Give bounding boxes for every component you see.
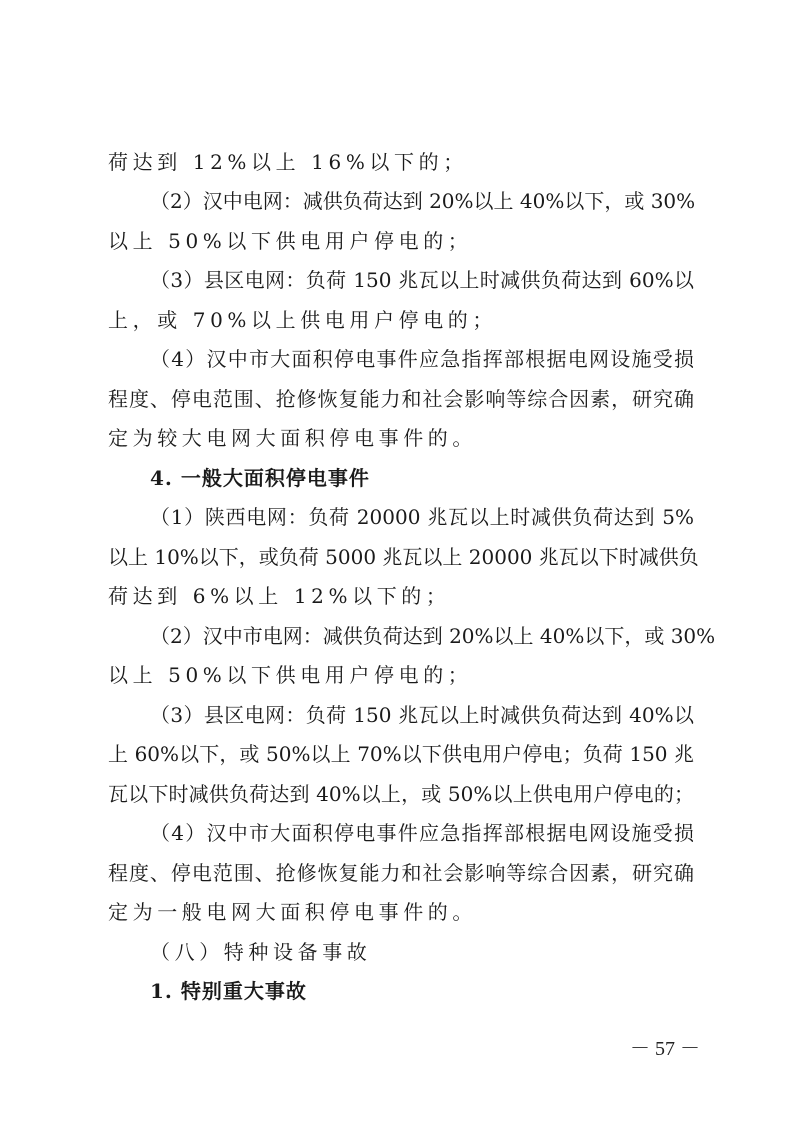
text-line: 上 60%以下，或 50%以上 70%以下供电用户停电；负荷 150 兆 — [108, 739, 694, 769]
text-line: （2）汉中电网：减供负荷达到 20%以上 40%以下，或 30% — [150, 186, 694, 216]
text-line: （2）汉中市电网：减供负荷达到 20%以上 40%以下，或 30% — [150, 621, 694, 651]
section-heading: 1. 特别重大事故 — [150, 976, 694, 1006]
text-line: 定为较大电网大面积停电事件的。 — [108, 423, 694, 453]
text-line: （4）汉中市大面积停电事件应急指挥部根据电网设施受损 — [150, 344, 694, 374]
text-line: （3）县区电网：负荷 150 兆瓦以上时减供负荷达到 40%以 — [150, 700, 694, 730]
text-line: 荷达到 6%以上 12%以下的； — [108, 581, 694, 611]
text-line: （3）县区电网：负荷 150 兆瓦以上时减供负荷达到 60%以 — [150, 265, 694, 295]
document-page: 荷达到 12%以上 16%以下的；（2）汉中电网：减供负荷达到 20%以上 40… — [0, 0, 793, 1122]
text-line: 定为一般电网大面积停电事件的。 — [108, 897, 694, 927]
text-line: 上，或 70%以上供电用户停电的； — [108, 305, 694, 335]
text-line: 以上 50%以下供电用户停电的； — [108, 226, 694, 256]
text-line: 程度、停电范围、抢修恢复能力和社会影响等综合因素，研究确 — [108, 384, 694, 414]
text-line: 瓦以下时减供负荷达到 40%以上，或 50%以上供电用户停电的； — [108, 779, 694, 809]
section-heading: 4. 一般大面积停电事件 — [150, 463, 694, 493]
text-line: 荷达到 12%以上 16%以下的； — [108, 147, 694, 177]
text-line: 程度、停电范围、抢修恢复能力和社会影响等综合因素，研究确 — [108, 858, 694, 888]
text-line: 以上 50%以下供电用户停电的； — [108, 660, 694, 690]
text-line: 以上 10%以下，或负荷 5000 兆瓦以上 20000 兆瓦以下时减供负 — [108, 542, 694, 572]
page-number: － 57 － — [630, 1032, 700, 1061]
text-line: （4）汉中市大面积停电事件应急指挥部根据电网设施受损 — [150, 818, 694, 848]
text-line: （八）特种设备事故 — [150, 937, 694, 967]
text-line: （1）陕西电网：负荷 20000 兆瓦以上时减供负荷达到 5% — [150, 502, 694, 532]
